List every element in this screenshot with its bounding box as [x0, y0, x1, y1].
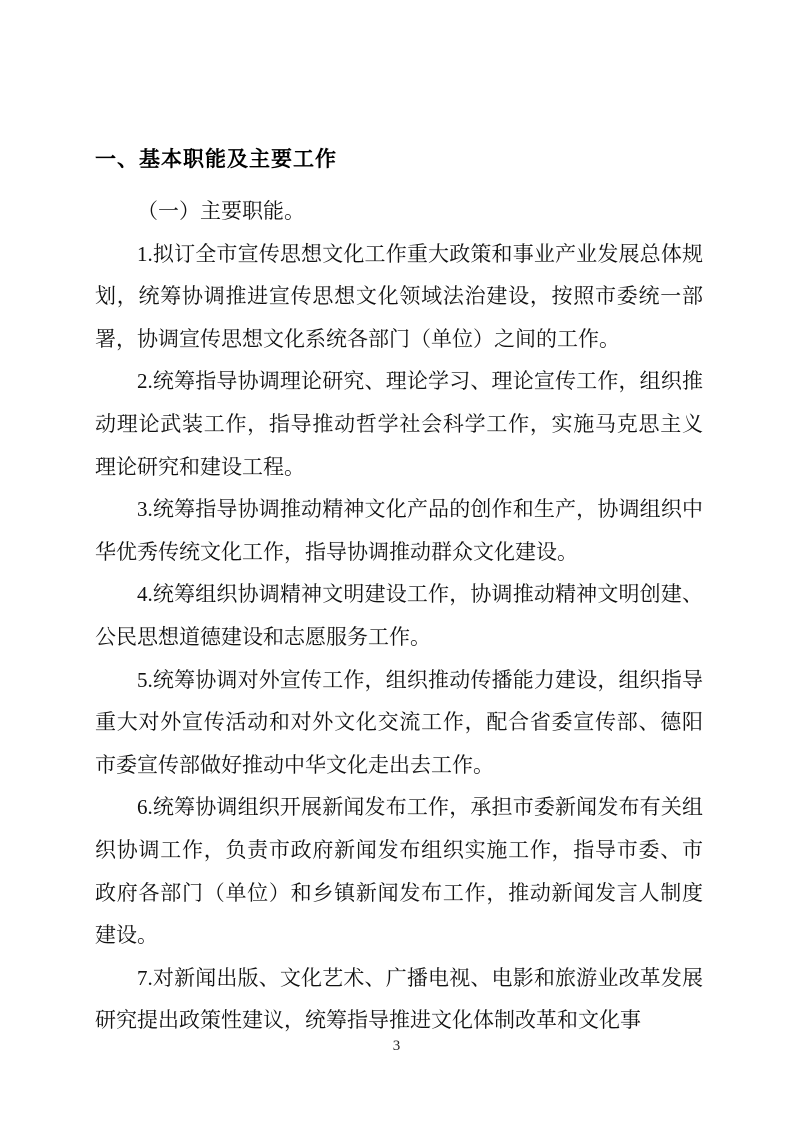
- body-paragraph-4: 4.统筹组织协调精神文明建设工作，协调推动精神文明创建、公民思想道德建设和志愿服…: [95, 573, 703, 658]
- document-page: 一、基本职能及主要工作 （一）主要职能。 1.拟订全市宣传思想文化工作重大政策和…: [0, 0, 793, 1122]
- document-body: 一、基本职能及主要工作 （一）主要职能。 1.拟订全市宣传思想文化工作重大政策和…: [95, 145, 703, 1042]
- section-title: 一、基本职能及主要工作: [95, 145, 703, 175]
- subsection-heading: （一）主要职能。: [95, 190, 703, 233]
- body-paragraph-3: 3.统筹指导协调推动精神文化产品的创作和生产，协调组织中华优秀传统文化工作，指导…: [95, 488, 703, 573]
- body-paragraph-2: 2.统筹指导协调理论研究、理论学习、理论宣传工作，组织推动理论武装工作，指导推动…: [95, 360, 703, 488]
- body-paragraph-7: 7.对新闻出版、文化艺术、广播电视、电影和旅游业改革发展研究提出政策性建议，统筹…: [95, 957, 703, 1042]
- body-paragraph-6: 6.统筹协调组织开展新闻发布工作，承担市委新闻发布有关组织协调工作，负责市政府新…: [95, 786, 703, 956]
- page-number: 3: [0, 1038, 793, 1055]
- body-paragraph-5: 5.统筹协调对外宣传工作，组织推动传播能力建设，组织指导重大对外宣传活动和对外文…: [95, 659, 703, 787]
- body-paragraph-1: 1.拟订全市宣传思想文化工作重大政策和事业产业发展总体规划，统筹协调推进宣传思想…: [95, 233, 703, 361]
